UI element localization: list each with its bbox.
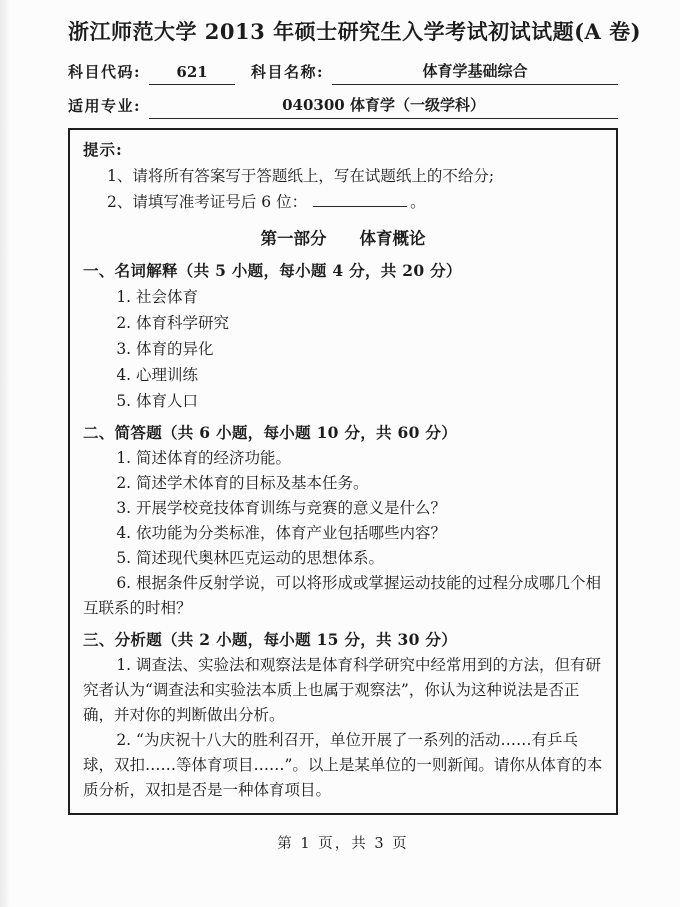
section-heading: 一、名词解释（共 5 小题，每小题 4 分，共 20 分） xyxy=(83,257,603,284)
header-row-subject: 科目代码: 621 科目名称: 体育学基础综合 xyxy=(68,60,618,85)
exam-content-box: 提示: 1、请将所有答案写于答题纸上，写在试题纸上的不给分; 2、请填写准考证号… xyxy=(68,128,618,815)
notice-title: 提示: xyxy=(83,137,603,163)
subject-code-label: 科目代码: xyxy=(68,61,141,85)
header-row-major: 适用专业: 040300 体育学（一级学科） xyxy=(68,94,618,119)
subject-name-value: 体育学基础综合 xyxy=(332,60,618,85)
section-heading: 三、分析题（共 2 小题，每小题 15 分，共 30 分） xyxy=(83,626,603,653)
exam-item: 2. 简述学术体育的目标及基本任务。 xyxy=(83,471,603,496)
exam-item: 4. 依功能为分类标准，体育产业包括哪些内容？ xyxy=(83,521,603,546)
notice-block: 提示: 1、请将所有答案写于答题纸上，写在试题纸上的不给分; 2、请填写准考证号… xyxy=(83,137,603,215)
exam-item: 5. 简述现代奥林匹克运动的思想体系。 xyxy=(83,546,603,571)
exam-item: 2. “为庆祝十八大的胜利召开，单位开展了一系列的活动……有乒乓球，双扣……等体… xyxy=(83,728,603,803)
section-analysis: 三、分析题（共 2 小题，每小题 15 分，共 30 分） 1. 调查法、实验法… xyxy=(83,626,603,803)
major-label: 适用专业: xyxy=(68,95,141,119)
exam-item: 6. 根据条件反射学说，可以将形成或掌握运动技能的过程分成哪几个相互联系的时相？ xyxy=(83,571,603,621)
notice-item-2-period: 。 xyxy=(410,193,426,211)
exam-paper-page: 浙江师范大学 2013 年硕士研究生入学考试初试试题(A 卷) 科目代码: 62… xyxy=(0,0,680,907)
exam-item: 3. 体育的异化 xyxy=(83,336,603,362)
exam-item: 5. 体育人口 xyxy=(83,388,603,414)
page-title: 浙江师范大学 2013 年硕士研究生入学考试初试试题(A 卷) xyxy=(68,18,618,46)
registration-number-blank xyxy=(313,192,407,207)
section-heading: 二、简答题（共 6 小题，每小题 10 分，共 60 分） xyxy=(83,419,603,446)
subject-code-value: 621 xyxy=(149,63,235,85)
notice-item-2: 2、请填写准考证号后 6 位：。 xyxy=(83,189,603,215)
major-value: 040300 体育学（一级学科） xyxy=(149,94,618,119)
notice-item-1: 1、请将所有答案写于答题纸上，写在试题纸上的不给分; xyxy=(83,163,603,189)
exam-item: 2. 体育科学研究 xyxy=(83,310,603,336)
exam-item: 1. 简述体育的经济功能。 xyxy=(83,446,603,471)
exam-item: 1. 社会体育 xyxy=(83,284,603,310)
section-short-answer: 二、简答题（共 6 小题，每小题 10 分，共 60 分） 1. 简述体育的经济… xyxy=(83,419,603,621)
page-footer: 第 1 页，共 3 页 xyxy=(68,832,618,853)
section-terms: 一、名词解释（共 5 小题，每小题 4 分，共 20 分） 1. 社会体育 2.… xyxy=(83,257,603,414)
exam-item: 1. 调查法、实验法和观察法是体育科学研究中经常用到的方法，但有研究者认为“调查… xyxy=(83,653,603,728)
notice-item-2-text: 2、请填写准考证号后 6 位： xyxy=(107,193,307,211)
part-title: 第一部分 体育概论 xyxy=(83,226,603,252)
exam-item: 4. 心理训练 xyxy=(83,362,603,388)
subject-name-label: 科目名称: xyxy=(251,61,324,85)
exam-item: 3. 开展学校竞技体育训练与竞赛的意义是什么？ xyxy=(83,496,603,521)
